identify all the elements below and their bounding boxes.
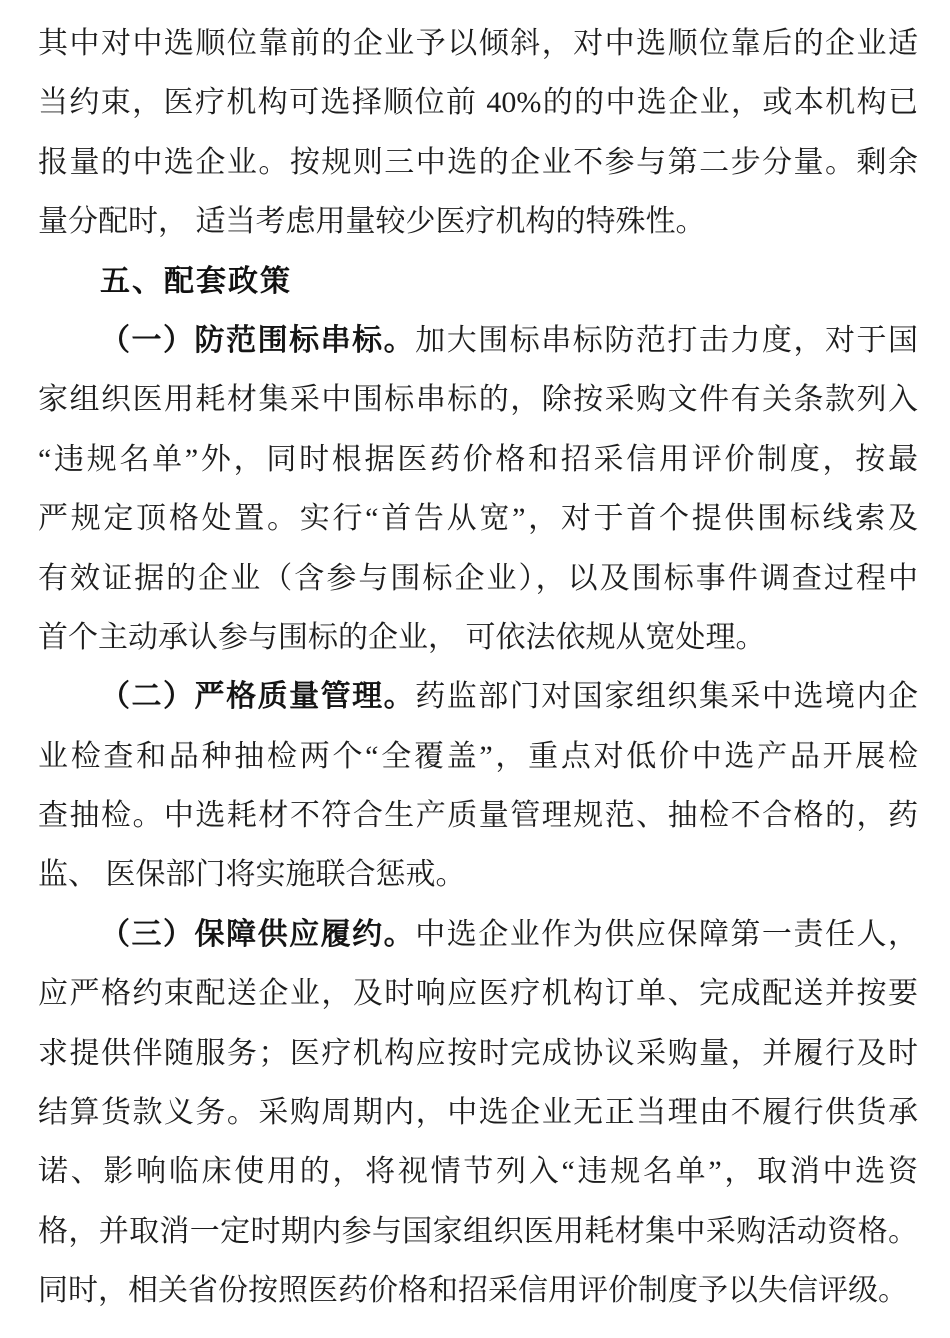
- text-line: 首个主动承认参与围标的企业， 可依法依规从宽处理。: [38, 608, 918, 667]
- text-line: 应严格约束配送企业，及时响应医疗机构订单、完成配送并按要: [38, 964, 918, 1023]
- text-line: （一）防范围标串标。加大围标串标防范打击力度，对于国: [38, 311, 918, 370]
- text-line: （二）严格质量管理。药监部门对国家组织集采中选境内企: [38, 667, 918, 726]
- text-line: 查抽检。中选耗材不符合生产质量管理规范、抽检不合格的，药: [38, 786, 918, 845]
- text-line: 有效证据的企业（含参与围标企业），以及围标事件调查过程中: [38, 549, 918, 608]
- document-page: 其中对中选顺位靠前的企业予以倾斜，对中选顺位靠后的企业适当约束，医疗机构可选择顺…: [0, 0, 950, 1338]
- section-heading-5: 五、配套政策: [38, 252, 918, 311]
- text-line: “违规名单”外，同时根据医药价格和招采信用评价制度，按最: [38, 430, 918, 489]
- para-item-2: （二）严格质量管理。药监部门对国家组织集采中选境内企业检查和品种抽检两个“全覆盖…: [38, 667, 918, 905]
- text-line: 报量的中选企业。按规则三中选的企业不参与第二步分量。剩余: [38, 133, 918, 192]
- text-line: 量分配时， 适当考虑用量较少医疗机构的特殊性。: [38, 192, 918, 251]
- text-line: 当约束，医疗机构可选择顺位前 40%的的中选企业，或本机构已: [38, 73, 918, 132]
- text-line: 结算货款义务。采购周期内，中选企业无正当理由不履行供货承: [38, 1083, 918, 1142]
- text-line: 诺、影响临床使用的，将视情节列入“违规名单”，取消中选资: [38, 1142, 918, 1201]
- paragraph-lead: （二）严格质量管理。: [100, 680, 415, 713]
- text-line: 业检查和品种抽检两个“全覆盖”，重点对低价中选产品开展检: [38, 727, 918, 786]
- text-line: （三）保障供应履约。中选企业作为供应保障第一责任人，: [38, 905, 918, 964]
- text-line: 家组织医用耗材集采中围标串标的，除按采购文件有关条款列入: [38, 370, 918, 429]
- paragraph-lead: （三）保障供应履约。: [100, 918, 415, 951]
- text-line: 严规定顶格处置。实行“首告从宽”，对于首个提供围标线索及: [38, 489, 918, 548]
- text-line: 同时，相关省份按照医药价格和招采信用评价制度予以失信评级。: [38, 1261, 918, 1320]
- para-item-3: （三）保障供应履约。中选企业作为供应保障第一责任人，应严格约束配送企业，及时响应…: [38, 905, 918, 1321]
- para-continuation: 其中对中选顺位靠前的企业予以倾斜，对中选顺位靠后的企业适当约束，医疗机构可选择顺…: [38, 14, 918, 252]
- para-item-1: （一）防范围标串标。加大围标串标防范打击力度，对于国家组织医用耗材集采中围标串标…: [38, 311, 918, 667]
- paragraph-lead: （一）防范围标串标。: [100, 324, 415, 357]
- text-line: 格，并取消一定时期内参与国家组织医用耗材集中采购活动资格。: [38, 1202, 918, 1261]
- text-line: 其中对中选顺位靠前的企业予以倾斜，对中选顺位靠后的企业适: [38, 14, 918, 73]
- text-line: 监、 医保部门将实施联合惩戒。: [38, 845, 918, 904]
- text-line: 求提供伴随服务；医疗机构应按时完成协议采购量，并履行及时: [38, 1024, 918, 1083]
